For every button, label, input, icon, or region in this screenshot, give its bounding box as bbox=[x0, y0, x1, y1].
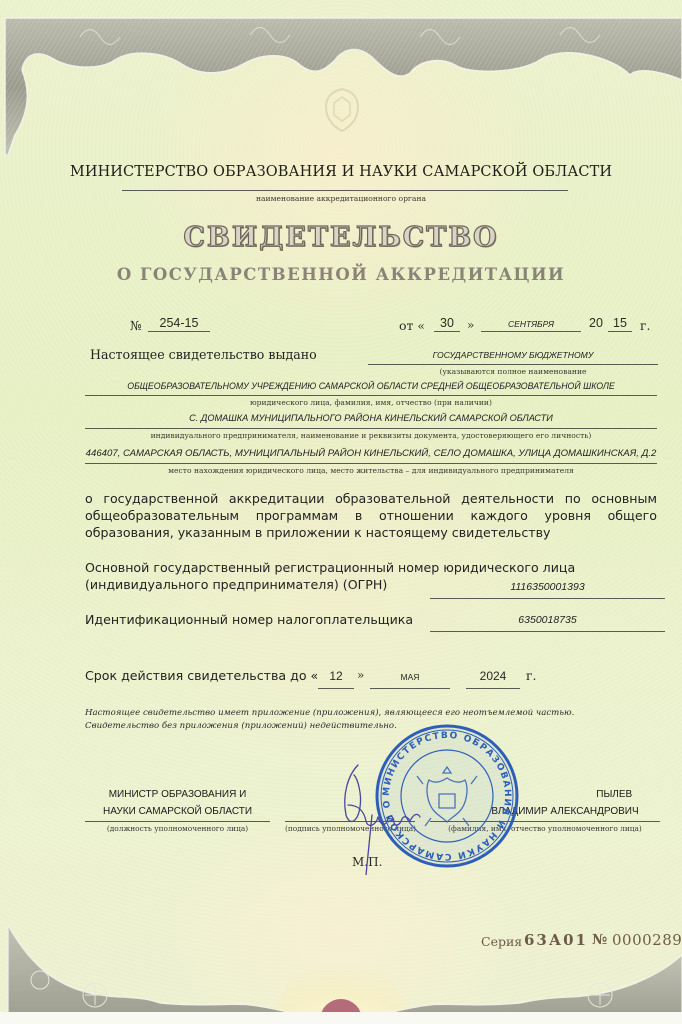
inn-value: 6350018735 bbox=[430, 614, 665, 626]
date-close-quote: » bbox=[467, 318, 474, 332]
issued-to-underline-2 bbox=[85, 395, 657, 396]
number-underline bbox=[148, 331, 210, 332]
validity-month-underline bbox=[370, 688, 450, 689]
certificate-subtitle: О ГОСУДАРСТВЕННОЙ АККРЕДИТАЦИИ bbox=[0, 265, 682, 284]
issued-to-underline-1 bbox=[368, 364, 658, 365]
validity-label: Срок действия свидетельства до « bbox=[85, 668, 318, 683]
issued-to-line-2: общеобразовательному учреждению Самарско… bbox=[85, 381, 657, 391]
issued-to-caption-2: юридического лица, фамилия, имя, отчеств… bbox=[85, 398, 657, 407]
issued-to-label: Настоящее свидетельство выдано bbox=[90, 347, 317, 362]
issue-month-underline bbox=[481, 331, 581, 332]
bottom-ornamental-border bbox=[0, 925, 682, 1024]
issue-day-underline bbox=[434, 331, 460, 332]
validity-year: 2024 bbox=[466, 669, 520, 683]
issue-day: 30 bbox=[434, 316, 460, 330]
authority-caption: наименование аккредитационного органа bbox=[0, 194, 682, 203]
authority-underline bbox=[122, 190, 568, 191]
appendix-note-2: Свидетельство без приложения (приложений… bbox=[85, 720, 397, 733]
validity-day-underline bbox=[318, 688, 354, 689]
issued-to-caption-1: (указываются полное наименование bbox=[368, 367, 658, 376]
handwritten-signature bbox=[328, 755, 448, 875]
issue-year-underline bbox=[608, 331, 632, 332]
issued-to-caption-4: место нахождения юридического лица, мест… bbox=[85, 466, 657, 475]
appendix-note-1: Настоящее свидетельство имеет приложение… bbox=[85, 707, 574, 720]
validity-month: мая bbox=[370, 672, 450, 682]
ogrn-value: 1116350001393 bbox=[430, 581, 665, 593]
issued-to-underline-4 bbox=[85, 463, 657, 464]
ogrn-label-line-2: (индивидуального предпринимателя) (ОГРН) bbox=[85, 577, 387, 592]
issued-to-address: 446407, Самарская область, муниципальный… bbox=[85, 448, 657, 459]
scan-edge bbox=[0, 1012, 682, 1024]
issue-year: 15 bbox=[608, 316, 632, 330]
signatory-position-line-1: Министр образования и bbox=[85, 789, 270, 800]
issued-to-line-3: с. Домашка муниципального района Кинельс… bbox=[85, 413, 657, 423]
accreditation-purpose-text: о государственной аккредитации образоват… bbox=[85, 490, 657, 541]
issued-to-line-1: государственному бюджетному bbox=[368, 350, 658, 360]
validity-close-quote: » bbox=[357, 668, 364, 682]
position-caption: (должность уполномоченного лица) bbox=[85, 824, 270, 833]
issue-month: сентября bbox=[481, 319, 581, 329]
issue-century: 20 bbox=[589, 316, 603, 330]
ogrn-underline bbox=[430, 598, 665, 599]
date-prefix: от « bbox=[399, 318, 425, 333]
accrediting-authority-name: МИНИСТЕРСТВО ОБРАЗОВАНИЯ И НАУКИ САМАРСК… bbox=[0, 164, 682, 180]
position-underline bbox=[85, 821, 270, 822]
signatory-position-line-2: науки Самарской области bbox=[85, 806, 270, 817]
certificate-title: СВИДЕТЕЛЬСТВО bbox=[0, 222, 682, 253]
number-prefix: № bbox=[130, 318, 142, 333]
issued-to-caption-3: индивидуального предпринимателя, наимено… bbox=[85, 431, 657, 440]
issued-to-underline-3 bbox=[85, 428, 657, 429]
surname-text: Пылев bbox=[596, 789, 632, 800]
ogrn-label-line-1: Основной государственный регистрационный… bbox=[85, 560, 575, 575]
validity-year-suffix: г. bbox=[526, 668, 537, 683]
certificate-number: 254-15 bbox=[148, 316, 210, 330]
emblem-watermark-icon bbox=[320, 85, 364, 133]
validity-year-underline bbox=[466, 688, 520, 689]
year-suffix: г. bbox=[640, 318, 651, 333]
inn-label: Идентификационный номер налогоплательщик… bbox=[85, 612, 413, 627]
inn-underline bbox=[430, 631, 665, 632]
validity-day: 12 bbox=[318, 669, 354, 683]
